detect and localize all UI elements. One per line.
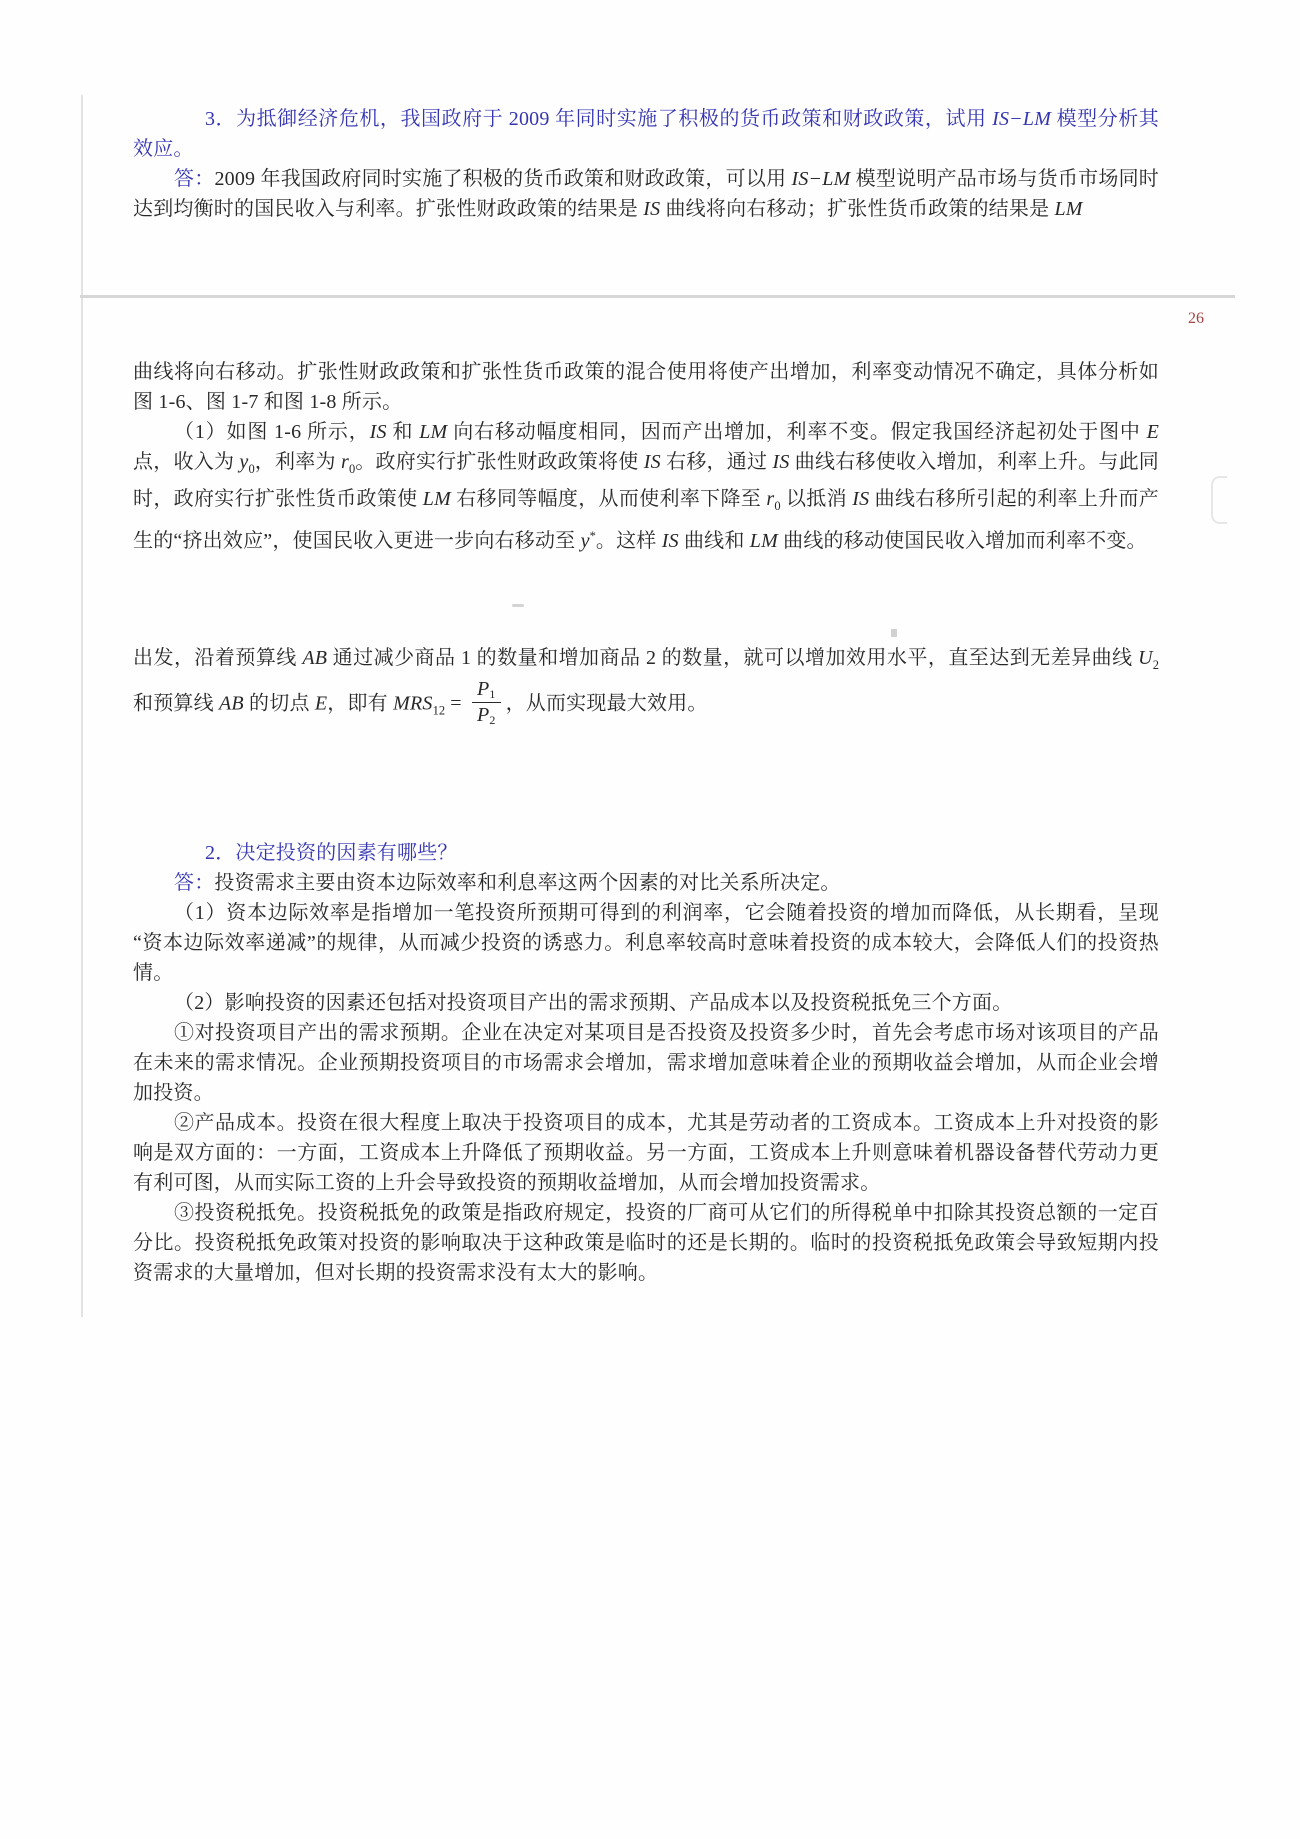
text-run: IS bbox=[662, 530, 679, 552]
text-run: （1）资本边际效率是指增加一笔投资所预期可得到的利润率，它会随着投资的增加而降低… bbox=[133, 902, 1159, 984]
fraction: P1P2 bbox=[472, 678, 501, 727]
text-run: IS bbox=[643, 198, 660, 220]
text-run: IS bbox=[773, 451, 790, 473]
text-run: ③投资税抵免。投资税抵免的政策是指政府规定，投资的厂商可从它们的所得税单中扣除其… bbox=[133, 1202, 1159, 1284]
text-run: 右移，通过 bbox=[661, 451, 773, 473]
text-run: y bbox=[581, 530, 590, 552]
text-run: IS bbox=[370, 421, 387, 443]
text-run: IS bbox=[852, 488, 869, 510]
text-run: 和 bbox=[387, 421, 420, 443]
answer-3-continuation: 曲线将向右移动。扩张性财政政策和扩张性货币政策的混合使用将使产出增加，利率变动情… bbox=[133, 357, 1159, 417]
scroll-indicator-artifact bbox=[1211, 476, 1227, 524]
text-run: 曲线将向右移动；扩张性货币政策的结果是 bbox=[660, 198, 1054, 220]
text-run: 以抵消 bbox=[781, 488, 853, 510]
text-run: 。这样 bbox=[596, 530, 662, 552]
text-run: E bbox=[1147, 421, 1159, 443]
answer-2-point-2: （2）影响投资的因素还包括对投资项目产出的需求预期、产品成本以及投资税抵免三个方… bbox=[133, 988, 1159, 1018]
text-run: 12 bbox=[433, 703, 446, 717]
text-run: U bbox=[1138, 647, 1153, 669]
text-run: 答： bbox=[174, 168, 214, 190]
text-run: MRS bbox=[393, 692, 432, 714]
text-run: 2 bbox=[489, 713, 495, 727]
text-run: IS−LM bbox=[992, 108, 1051, 130]
text-run: 和预算线 bbox=[133, 692, 219, 714]
text-run: 2 bbox=[1153, 658, 1159, 672]
answer-2-intro: 答：投资需求主要由资本边际效率和利息率这两个因素的对比关系所决定。 bbox=[133, 868, 1159, 898]
text-run: 投资需求主要由资本边际效率和利息率这两个因素的对比关系所决定。 bbox=[214, 872, 840, 894]
answer-3-paragraph: 答：2009 年我国政府同时实施了积极的货币政策和财政政策，可以用 IS−LM … bbox=[133, 164, 1159, 224]
text-run: LM bbox=[423, 488, 451, 510]
text-run: ①对投资项目产出的需求预期。企业在决定对某项目是否投资及投资多少时，首先会考虑市… bbox=[133, 1022, 1159, 1104]
text-block-islm-analysis: 曲线将向右移动。扩张性财政政策和扩张性货币政策的混合使用将使产出增加，利率变动情… bbox=[133, 357, 1159, 556]
text-run: ，即有 bbox=[327, 692, 393, 714]
text-run: 的切点 bbox=[244, 692, 315, 714]
question-2-heading: 2．决定投资的因素有哪些？ bbox=[133, 838, 1159, 868]
text-run: 点，收入为 bbox=[133, 451, 239, 473]
text-run: y bbox=[239, 451, 248, 473]
text-run: 通过减少商品 1 的数量和增加商品 2 的数量，就可以增加效用水平，直至达到无差… bbox=[327, 647, 1138, 669]
scan-artifact-dash bbox=[512, 604, 524, 607]
page-left-border bbox=[81, 95, 83, 1317]
text-run: = bbox=[445, 692, 467, 714]
answer-2-sub-2: ②产品成本。投资在很大程度上取决于投资项目的成本，尤其是劳动者的工资成本。工资成… bbox=[133, 1108, 1159, 1198]
text-run: （2）影响投资的因素还包括对投资项目产出的需求预期、产品成本以及投资税抵免三个方… bbox=[174, 992, 1012, 1014]
utility-paragraph: 出发，沿着预算线 AB 通过减少商品 1 的数量和增加商品 2 的数量，就可以增… bbox=[133, 643, 1159, 729]
question-3-heading: 3．为抵御经济危机，我国政府于 2009 年同时实施了积极的货币政策和财政政策，… bbox=[133, 104, 1159, 164]
text-run: LM bbox=[750, 530, 778, 552]
text-run: r bbox=[341, 451, 349, 473]
text-run: ，利率为 bbox=[255, 451, 341, 473]
text-run: 向右移动幅度相同，因而产出增加，利率不变。假定我国经济起初处于图中 bbox=[447, 421, 1146, 443]
text-run: LM bbox=[1054, 198, 1082, 220]
text-run: （1）如图 1-6 所示， bbox=[174, 421, 370, 443]
text-run: E bbox=[315, 692, 327, 714]
text-run: ，从而实现最大效用。 bbox=[506, 692, 708, 714]
text-block-page1-bottom: 3．为抵御经济危机，我国政府于 2009 年同时实施了积极的货币政策和财政政策，… bbox=[133, 104, 1159, 224]
scan-artifact-mark bbox=[891, 629, 897, 637]
text-run: 曲线将向右移动。扩张性财政政策和扩张性货币政策的混合使用将使产出增加，利率变动情… bbox=[133, 361, 1159, 413]
text-block-utility: 出发，沿着预算线 AB 通过减少商品 1 的数量和增加商品 2 的数量，就可以增… bbox=[133, 643, 1159, 729]
text-run: 曲线和 bbox=[679, 530, 750, 552]
page-number: 26 bbox=[1188, 310, 1204, 328]
text-run: LM bbox=[419, 421, 447, 443]
answer-2-sub-3: ③投资税抵免。投资税抵免的政策是指政府规定，投资的厂商可从它们的所得税单中扣除其… bbox=[133, 1198, 1159, 1288]
text-run: 曲线的移动使国民收入增加而利率不变。 bbox=[778, 530, 1147, 552]
text-run: 2．决定投资的因素有哪些？ bbox=[205, 842, 458, 864]
document-page: 26 3．为抵御经济危机，我国政府于 2009 年同时实施了积极的货币政策和财政… bbox=[0, 0, 1300, 1839]
page-separator-line bbox=[80, 295, 1235, 298]
text-run: P bbox=[477, 678, 489, 700]
answer-2-sub-1: ①对投资项目产出的需求预期。企业在决定对某项目是否投资及投资多少时，首先会考虑市… bbox=[133, 1018, 1159, 1108]
text-block-investment: 2．决定投资的因素有哪些？答：投资需求主要由资本边际效率和利息率这两个因素的对比… bbox=[133, 838, 1159, 1288]
answer-2-point-1: （1）资本边际效率是指增加一笔投资所预期可得到的利润率，它会随着投资的增加而降低… bbox=[133, 898, 1159, 988]
text-run: AB bbox=[302, 647, 327, 669]
text-run: 出发，沿着预算线 bbox=[133, 647, 302, 669]
text-run: 2009 年我国政府同时实施了积极的货币政策和财政政策，可以用 bbox=[214, 168, 791, 190]
text-run: 右移同等幅度，从而使利率下降至 bbox=[451, 488, 766, 510]
text-run: ②产品成本。投资在很大程度上取决于投资项目的成本，尤其是劳动者的工资成本。工资成… bbox=[133, 1112, 1159, 1194]
text-run: IS−LM bbox=[792, 168, 851, 190]
text-run: 。政府实行扩张性财政政策将使 bbox=[355, 451, 644, 473]
text-run: 1 bbox=[489, 687, 495, 701]
text-run: 3．为抵御经济危机，我国政府于 2009 年同时实施了积极的货币政策和财政政策，… bbox=[205, 108, 992, 130]
text-run: AB bbox=[219, 692, 244, 714]
text-run: 答： bbox=[174, 872, 214, 894]
answer-3-point-1: （1）如图 1-6 所示，IS 和 LM 向右移动幅度相同，因而产出增加，利率不… bbox=[133, 417, 1159, 556]
text-run: IS bbox=[644, 451, 661, 473]
text-run: P bbox=[477, 704, 489, 726]
